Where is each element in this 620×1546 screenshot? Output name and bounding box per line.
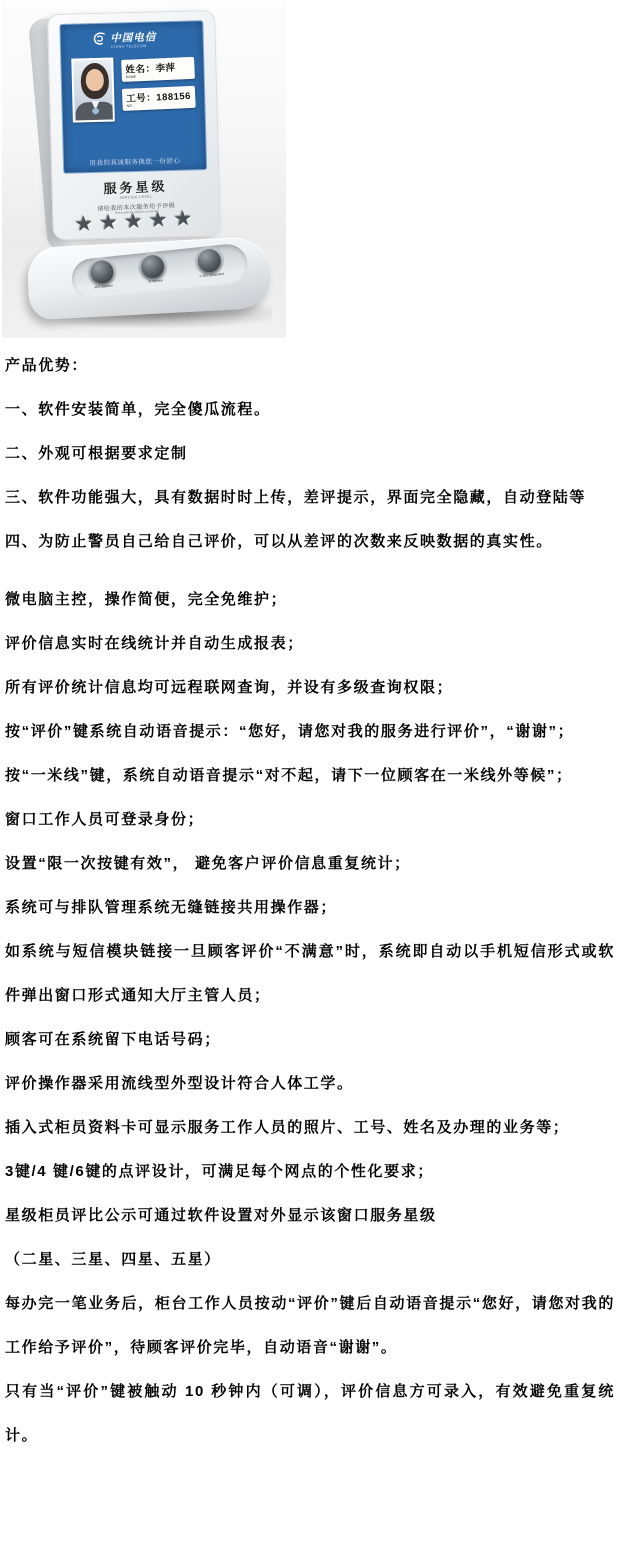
push-button-icon [140, 254, 165, 279]
paragraph: 只有当“评价”键被触动 10 秒钟内（可调），评价信息方可录入，有效避免重复统计… [5, 1370, 615, 1458]
evaluation-button: 满意 Satisfied [82, 259, 122, 295]
device-screen: 中国电信 CHINA TELECOM 姓名：李萍 [59, 20, 207, 174]
staff-photo [71, 58, 115, 123]
product-photo: 中国电信 CHINA TELECOM 姓名：李萍 [2, 0, 286, 338]
paragraph: 三、软件功能强大，具有数据时时上传，差评提示，界面完全隐藏，自动登陆等 [5, 476, 615, 520]
staff-name-field: 姓名：李萍 NAME [121, 57, 195, 82]
star-icon: ★ [74, 212, 100, 236]
paragraph: 按“一米线”键，系统自动语音提示“对不起，请下一位顾客在一米线外等候”； [5, 754, 615, 798]
push-button-label: 满意 Satisfied [94, 284, 113, 289]
push-button-icon [89, 259, 114, 284]
brand-text: 中国电信 CHINA TELECOM [110, 29, 172, 52]
push-button-label: 不满意 Dissatisfied [199, 273, 224, 279]
paragraph: 所有评价统计信息均可远程联网查询，并设有多级查询权限； [5, 666, 615, 710]
staff-fields: 姓名：李萍 NAME 工号：188156 NO [122, 57, 196, 121]
screen-slogan: 用我的真诚服务换您一份舒心 [64, 155, 206, 168]
evaluation-button: 不满意 Dissatisfied [183, 247, 236, 284]
paragraph: （二星、三星、四星、五星） [5, 1238, 615, 1282]
brand-name-zh: 中国电信 [110, 29, 172, 46]
star-icon: ★ [173, 207, 199, 231]
staff-photo-face [86, 69, 105, 91]
evaluation-button: 一般 General [134, 253, 172, 289]
paragraph: 产品优势： [5, 344, 615, 388]
push-button-label: 一般 General [145, 279, 163, 284]
staff-name-text: 姓名：李萍 [125, 59, 190, 76]
china-telecom-logo-icon [91, 31, 106, 46]
staff-name-sublabel: NAME [126, 74, 165, 79]
paragraph: 窗口工作人员可登录身份； [5, 798, 615, 842]
paragraph: 按“评价”键系统自动语音提示：“您好，请您对我的服务进行评价”，“谢谢”； [5, 710, 615, 754]
star-icon: ★ [148, 208, 174, 232]
paragraph: 星级柜员评比公示可通过软件设置对外显示该窗口服务星级 [5, 1194, 615, 1238]
paragraph: 评价信息实时在线统计并自动生成报表； [5, 622, 615, 666]
paragraph: 一、软件安装简单，完全傻瓜流程。 [5, 388, 615, 432]
star-icon: ★ [99, 211, 125, 235]
paragraph: 插入式柜员资料卡可显示服务工作人员的照片、工号、姓名及办理的业务等； [5, 1106, 615, 1150]
staff-photo-image [73, 60, 113, 121]
paragraph: 3键/4 键/6键的点评设计，可满足每个网点的个性化要求； [5, 1150, 615, 1194]
push-button-icon [197, 248, 222, 273]
paragraph: 评价操作器采用流线型外型设计符合人体工学。 [5, 1062, 615, 1106]
staff-no-sublabel: NO [127, 103, 166, 108]
paragraph: 微电脑主控，操作简便，完全免维护； [5, 578, 615, 622]
product-description: 产品优势：一、软件安装简单，完全傻瓜流程。二、外观可根据要求定制三、软件功能强大… [0, 344, 620, 1458]
paragraph: 顾客可在系统留下电话号码； [5, 1018, 615, 1062]
paragraph: 系统可与排队管理系统无缝链接共用操作器； [5, 886, 615, 930]
star-icon: ★ [124, 209, 150, 233]
paragraph: 二、外观可根据要求定制 [5, 432, 615, 476]
button-track: 满意 Satisfied一般 General不满意 Dissatisfied [70, 242, 249, 300]
device-base: 满意 Satisfied一般 General不满意 Dissatisfied [26, 236, 271, 321]
paragraph: 设置“限一次按键有效”， 避免客户评价信息重复统计； [5, 842, 615, 886]
brand-name-en: CHINA TELECOM [110, 45, 146, 49]
brand-row: 中国电信 CHINA TELECOM [61, 28, 204, 53]
paragraph: 四、为防止警员自己给自己评价，可以从差评的次数来反映数据的真实性。 [5, 520, 615, 564]
device-body: 中国电信 CHINA TELECOM 姓名：李萍 [47, 10, 221, 240]
paragraph: 如系统与短信模块链接一旦顾客评价“不满意”时，系统即自动以手机短信形式或软件弹出… [5, 930, 615, 1018]
staff-no-field: 工号：188156 NO [122, 86, 196, 111]
staff-card: 姓名：李萍 NAME 工号：188156 NO [71, 55, 196, 122]
staff-no-text: 工号：188156 [126, 88, 191, 105]
paragraph: 每办完一笔业务后，柜台工作人员按动“评价”键后自动语音提示“您好，请您对我的工作… [5, 1282, 615, 1370]
